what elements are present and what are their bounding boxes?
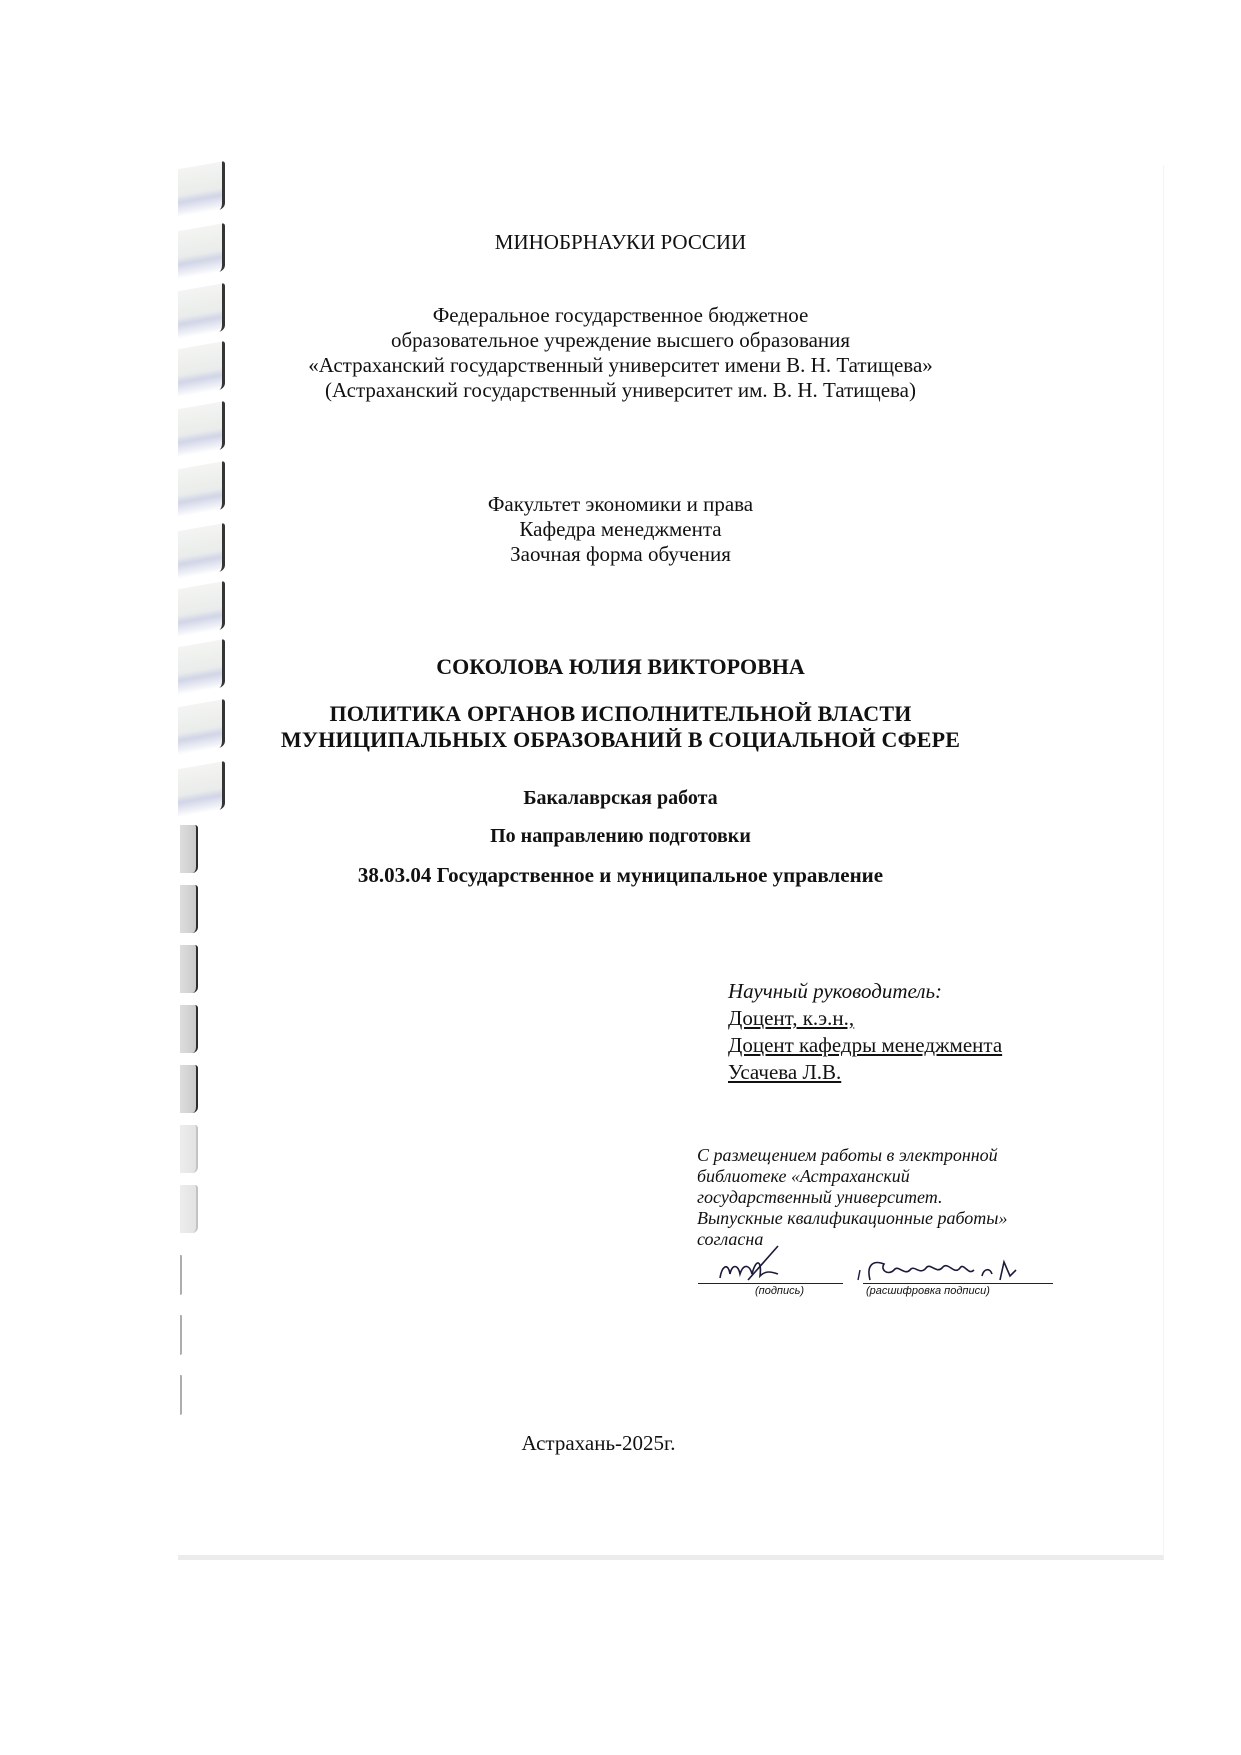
ministry-heading: МИНОБРНАУКИ РОССИИ: [0, 230, 1241, 255]
supervisor-block: Научный руководитель: Доцент, к.э.н., До…: [728, 978, 1002, 1086]
supervisor-label: Научный руководитель:: [728, 978, 1002, 1005]
institution-line: образовательное учреждение высшего образ…: [0, 328, 1241, 353]
supervisor-name: Усачева Л.В.: [728, 1059, 1002, 1086]
binding-ring: [180, 1185, 198, 1233]
department-line: Кафедра менеджмента: [0, 517, 1241, 542]
binding-ring: [178, 161, 225, 217]
binding-ring: [180, 1375, 182, 1415]
binding-ring: [178, 401, 225, 457]
signature-row: (подпись) (расшифровка подписи): [698, 1268, 1078, 1308]
binding-ring: [178, 581, 225, 637]
direction-code: 38.03.04 Государственное и муниципальное…: [0, 862, 1241, 888]
faculty-block: Факультет экономики и права Кафедра мене…: [0, 492, 1241, 567]
decoding-line: [863, 1283, 1053, 1284]
decoding-caption: (расшифровка подписи): [866, 1285, 990, 1297]
thesis-title-line: ПОЛИТИКА ОРГАНОВ ИСПОЛНИТЕЛЬНОЙ ВЛАСТИ: [0, 701, 1241, 727]
author-name: СОКОЛОВА ЮЛИЯ ВИКТОРОВНА: [0, 654, 1241, 680]
supervisor-degree: Доцент, к.э.н.,: [728, 1005, 1002, 1032]
study-form-line: Заочная форма обучения: [0, 542, 1241, 567]
binding-ring: [180, 885, 198, 933]
binding-ring: [180, 945, 198, 993]
faculty-line: Факультет экономики и права: [0, 492, 1241, 517]
binding-ring: [180, 1065, 198, 1113]
signature-line: [698, 1283, 843, 1284]
city-year: Астрахань-2025г.: [0, 1431, 1219, 1456]
binding-ring: [180, 1005, 198, 1053]
consent-line: государственный университет.: [697, 1187, 1087, 1208]
binding-ring: [180, 1125, 198, 1173]
institution-line: (Астраханский государственный университе…: [0, 378, 1241, 403]
institution-block: Федеральное государственное бюджетное об…: [0, 303, 1241, 403]
direction-label: По направлению подготовки: [0, 823, 1241, 849]
consent-line: библиотеке «Астраханский: [697, 1166, 1087, 1187]
consent-line: Выпускные квалификационные работы»: [697, 1208, 1087, 1229]
thesis-title: ПОЛИТИКА ОРГАНОВ ИСПОЛНИТЕЛЬНОЙ ВЛАСТИ М…: [0, 701, 1241, 753]
work-type: Бакалаврская работа: [0, 785, 1241, 811]
binding-ring: [180, 1255, 182, 1295]
signature-caption: (подпись): [755, 1285, 804, 1297]
institution-line: Федеральное государственное бюджетное: [0, 303, 1241, 328]
binding-ring: [180, 1315, 182, 1355]
supervisor-position: Доцент кафедры менеджмента: [728, 1032, 1002, 1059]
library-consent: С размещением работы в электронной библи…: [697, 1145, 1087, 1250]
thesis-title-line: МУНИЦИПАЛЬНЫХ ОБРАЗОВАНИЙ В СОЦИАЛЬНОЙ С…: [0, 727, 1241, 753]
consent-line: С размещением работы в электронной: [697, 1145, 1087, 1166]
institution-line: «Астраханский государственный университе…: [0, 353, 1241, 378]
